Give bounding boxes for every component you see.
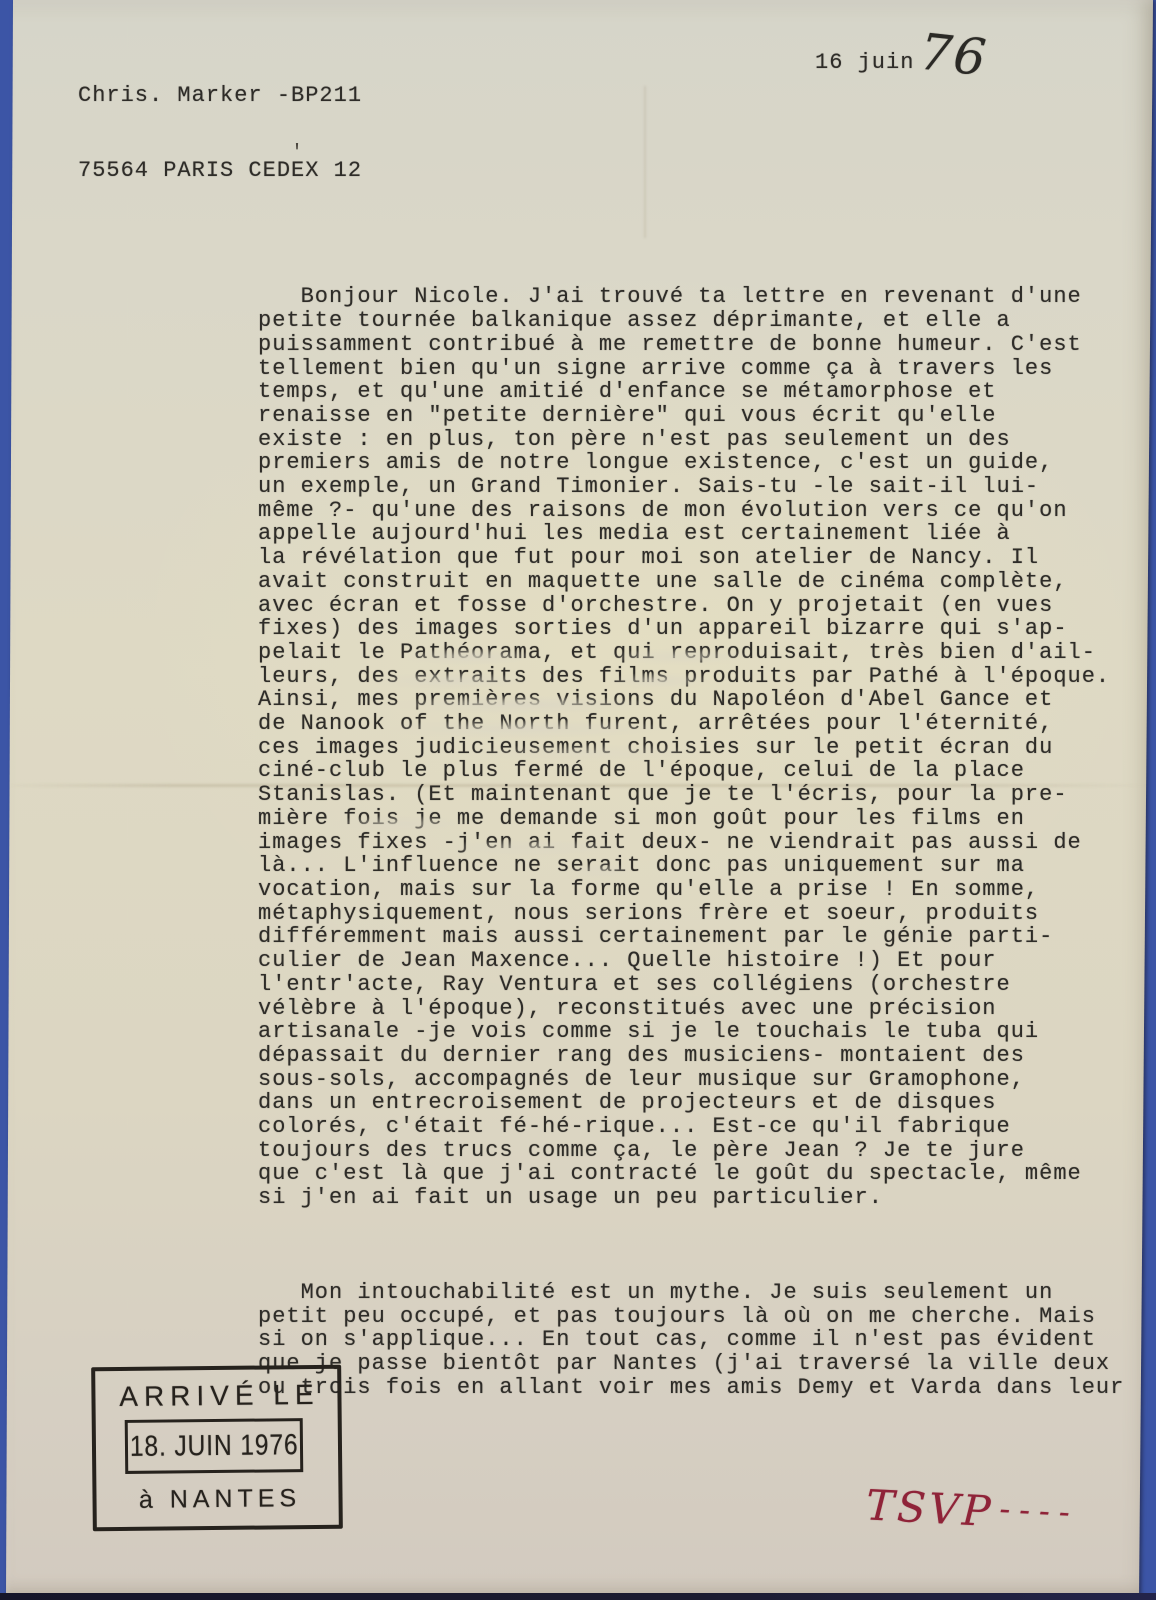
letter-page: Chris. Marker -BP211 75564 PARIS CEDEX 1… [0,0,1156,1600]
sender-address: Chris. Marker -BP211 75564 PARIS CEDEX 1… [78,33,362,233]
scan-bottom-edge [0,1593,1156,1600]
typed-date: 16 juin [815,50,914,75]
handwritten-year: 76 [917,23,990,88]
sender-name-line: Chris. Marker -BP211 [78,83,362,108]
vertical-fold-crease [644,86,646,238]
scanned-letter-screenshot: { "page": { "kind": "Scanned typewritten… [0,0,1156,1600]
tsvp-label: TSVP [865,1480,995,1536]
letter-body: Bonjour Nicole. J'ai trouvé ta lettre en… [258,238,1124,1447]
stamp-arrive-label: ARRIVÉ LE [95,1379,337,1414]
letter-paragraph-1: Bonjour Nicole. J'ai trouvé ta lettre en… [258,285,1124,1209]
tsvp-dashes: ---- [999,1489,1080,1531]
stamp-place: à NANTES [96,1484,338,1516]
sender-city-line: 75564 PARIS CEDEX 12 [78,158,362,183]
ink-speck: ' [291,142,303,165]
letter-paragraph-2: Mon intouchabilité est un mythe. Je suis… [258,1281,1124,1400]
stamp-date-box: 18. JUIN 1976 [125,1418,304,1474]
letter-page-wrap: Chris. Marker -BP211 75564 PARIS CEDEX 1… [0,0,1156,1600]
stamp-date: 18. JUIN 1976 [130,1429,299,1464]
tsvp-annotation: TSVP---- [865,1480,1080,1540]
arrival-stamp: ARRIVÉ LE 18. JUIN 1976 à NANTES [91,1365,343,1532]
